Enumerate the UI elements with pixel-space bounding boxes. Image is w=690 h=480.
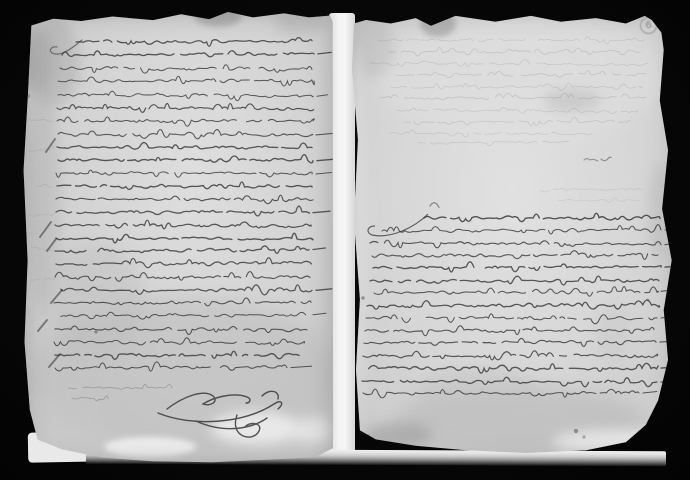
left-page-shading xyxy=(22,12,334,464)
right-margin-marks xyxy=(430,157,611,207)
ink-specks xyxy=(26,7,212,334)
folio-number: 6 xyxy=(640,17,657,34)
right-bleedthrough-lines xyxy=(370,37,648,203)
left-page xyxy=(22,12,334,464)
manuscript-scan: 6 xyxy=(0,0,690,480)
margin-note xyxy=(68,384,172,400)
ink-specks xyxy=(361,12,649,439)
right-page-shading xyxy=(346,10,678,462)
right-text-lines xyxy=(362,213,686,398)
margin-pen-strokes xyxy=(38,139,62,367)
right-page: 6 xyxy=(346,10,678,462)
paper-stains xyxy=(346,10,673,454)
paper-stains xyxy=(20,5,340,457)
left-text-lines xyxy=(54,38,334,372)
left-bleedthrough-lines xyxy=(28,120,54,281)
notary-signature xyxy=(50,40,281,437)
